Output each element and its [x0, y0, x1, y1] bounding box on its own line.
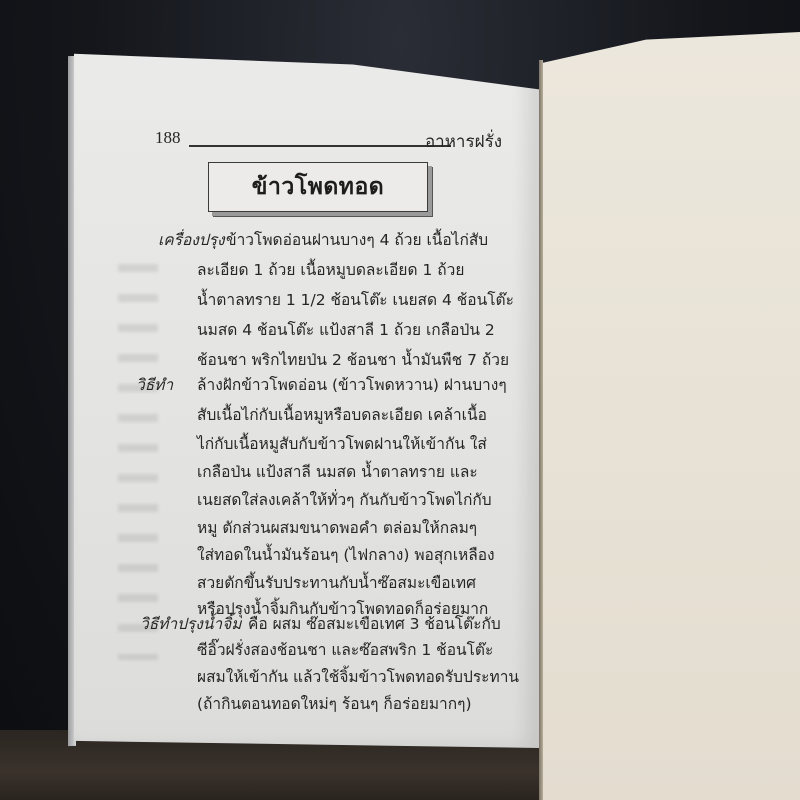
method-line: ล้างฝักข้าวโพดอ่อน (ข้าวโพดหวาน) ฝานบางๆ — [197, 375, 507, 395]
sauce-line: ซีอิ๊วฝรั่งสองช้อนชา และซ๊อสพริก 1 ช้อนโ… — [197, 640, 493, 660]
sauce-line: ผสมให้เข้ากัน แล้วใช้จิ้มข้าวโพดทอดรับปร… — [197, 667, 519, 687]
method-line: สวยตักขึ้นรับประทานกับน้ำซ๊อสมะเขือเทศ — [197, 573, 476, 593]
ingredients-line: น้ำตาลทราย 1 1/2 ช้อนโต๊ะ เนยสด 4 ช้อนโต… — [197, 290, 514, 310]
sauce-line: คือ ผสม ซ๊อสมะเขือเทศ 3 ช้อนโต๊ะกับ — [248, 614, 501, 634]
method-line: สับเนื้อไก่กับเนื้อหมูหรือบดละเอียด เคล้… — [197, 405, 487, 425]
method-line: เนยสดใส่ลงเคล้าให้ทั่วๆ กันกับข้าวโพดไก่… — [197, 490, 492, 510]
method-line: ใส่ทอดในน้ำมันร้อนๆ (ไฟกลาง) พอสุกเหลือง — [197, 545, 495, 565]
chapter-name: อาหารฝรั่ง — [425, 128, 502, 155]
method-line: ไก่กับเนื้อหมูสับกับข้าวโพดฝานให้เข้ากัน… — [197, 434, 487, 454]
page-number: 188 — [155, 128, 181, 148]
ingredients-line: ช้อนชา พริกไทยป่น 2 ช้อนชา น้ำมันพืช 7 ถ… — [197, 350, 509, 370]
sauce-line: (ถ้ากินตอนทอดใหม่ๆ ร้อนๆ ก็อร่อยมากๆ) — [197, 694, 472, 714]
recipe-title-box: ข้าวโพดทอด — [208, 162, 428, 212]
method-line: เกลือป่น แป้งสาลี นมสด น้ำตาลทราย และ — [197, 462, 478, 482]
ingredients-line: นมสด 4 ช้อนโต๊ะ แป้งสาลี 1 ถ้วย เกลือป่น… — [197, 320, 495, 340]
method-line: หมู ตักส่วนผสมขนาดพอคำ ตล่อมให้กลมๆ — [197, 518, 477, 538]
header-rule — [189, 145, 451, 147]
ingredients-label: เครื่องปรุง — [158, 230, 225, 250]
recipe-title: ข้าวโพดทอด — [252, 169, 384, 205]
ingredients-line: ละเอียด 1 ถ้วย เนื้อหมูบดละเอียด 1 ถ้วย — [197, 260, 464, 280]
sauce-label: วิธีทำปรุงน้ำจิ้ม — [140, 614, 241, 634]
ingredients-line: ข้าวโพดอ่อนฝานบางๆ 4 ถ้วย เนื้อไก่สับ — [226, 230, 488, 250]
page-content: 188 อาหารฝรั่ง ข้าวโพดทอด เครื่องปรุง ข้… — [0, 0, 800, 800]
method-label: วิธีทำ — [136, 375, 173, 395]
running-header: 188 อาหารฝรั่ง — [155, 128, 502, 152]
